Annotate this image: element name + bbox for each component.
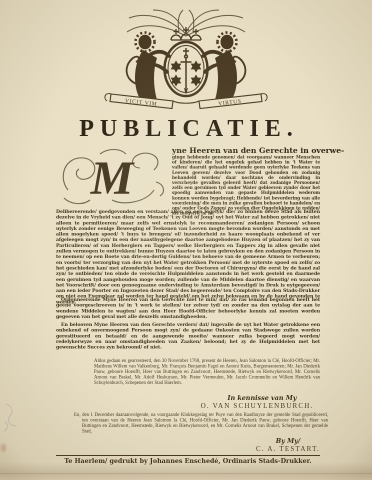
- crown-icon: [171, 27, 201, 40]
- signature-1-name: O. VAN SCHUYLENBURCH.: [186, 402, 328, 410]
- signature-1-label: In kennisse van My: [206, 394, 318, 402]
- motto-right-text: VIRTUS: [218, 99, 242, 107]
- red-ink-smudge: [0, 443, 7, 453]
- page-title: PUBLICATIE.: [0, 116, 372, 143]
- lion-right-icon: [203, 33, 245, 101]
- paragraph-1-lead: yne Heeren van den Gerechte in overwe-: [172, 146, 322, 155]
- signature-2-name: C. A. TESTART.: [228, 445, 348, 453]
- body-text-column: M yne Heeren van den Gerechte in overwe-…: [56, 146, 320, 472]
- margin-annotation: [2, 400, 20, 434]
- svg-text:M: M: [90, 152, 136, 205]
- paper-bottom-edge: [0, 473, 372, 480]
- shield-icon: [165, 42, 208, 96]
- divider-rule: [56, 455, 320, 456]
- broadside-page: VICIT VIM VIRTUS PUBLICATIE. M yne Heere…: [0, 0, 372, 480]
- signature-2-label: By My/: [248, 437, 328, 445]
- lion-left-icon: [127, 33, 169, 101]
- imprint-line: Te Haerlem/ gedrukt by Johannes Enschedé…: [56, 458, 320, 465]
- drop-cap-initial: M: [56, 148, 168, 206]
- coat-of-arms: VICIT VIM VIRTUS: [87, 8, 285, 110]
